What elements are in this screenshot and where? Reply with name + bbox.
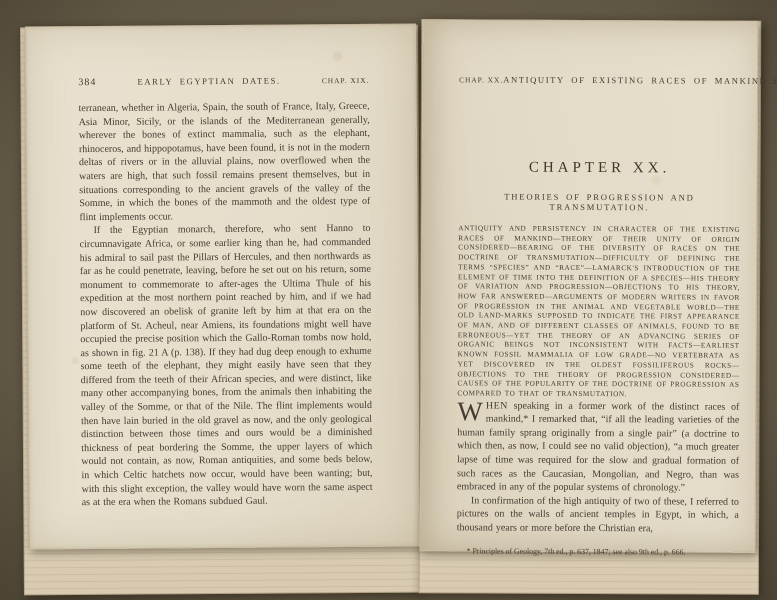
page-right-body: WHEN speaking in a former work of the di… [457, 399, 740, 536]
book-spread-photo: 384 EARLY EGYPTIAN DATES. CHAP. XIX. ter… [0, 0, 777, 600]
paragraph-continuation: terranean, whether in Algeria, Spain, th… [79, 100, 371, 225]
running-head-left: 384 EARLY EGYPTIAN DATES. CHAP. XIX. [78, 75, 369, 88]
chapter-subtitle: THEORIES OF PROGRESSION AND TRANSMUTATIO… [458, 191, 740, 212]
opening-paragraph: WHEN speaking in a former work of the di… [457, 399, 739, 496]
running-head-right: CHAP. XX. ANTIQUITY OF EXISTING RACES OF… [459, 74, 741, 86]
paragraph: If the Egyptian monarch, therefore, who … [80, 222, 373, 510]
footnote: * Principles of Geology, 7th ed., p. 637… [457, 546, 739, 557]
page-number-right: 385 [771, 76, 777, 87]
drop-cap: W [457, 399, 486, 423]
chapter-heading: CHAPTER XX. [459, 159, 741, 177]
running-title-right: ANTIQUITY OF EXISTING RACES OF MANKIND. [503, 75, 771, 86]
paragraph: In confirmation of the high antiquity of… [457, 494, 739, 536]
running-title-left: EARLY EGYPTIAN DATES. [96, 75, 321, 87]
chapter-ref-left: CHAP. XIX. [322, 76, 370, 85]
page-left-body: terranean, whether in Algeria, Spain, th… [79, 100, 373, 510]
chapter-argument: ANTIQUITY AND PERSISTENCY IN CHARACTER O… [457, 224, 740, 400]
page-left: 384 EARLY EGYPTIAN DATES. CHAP. XIX. ter… [25, 23, 420, 549]
page-right: CHAP. XX. ANTIQUITY OF EXISTING RACES OF… [420, 19, 759, 553]
page-number-left: 384 [78, 77, 96, 88]
chapter-ref-right: CHAP. XX. [459, 75, 503, 84]
opening-lead-caps: HEN [486, 400, 508, 411]
opening-text: speaking in a former work of the distinc… [457, 400, 739, 493]
